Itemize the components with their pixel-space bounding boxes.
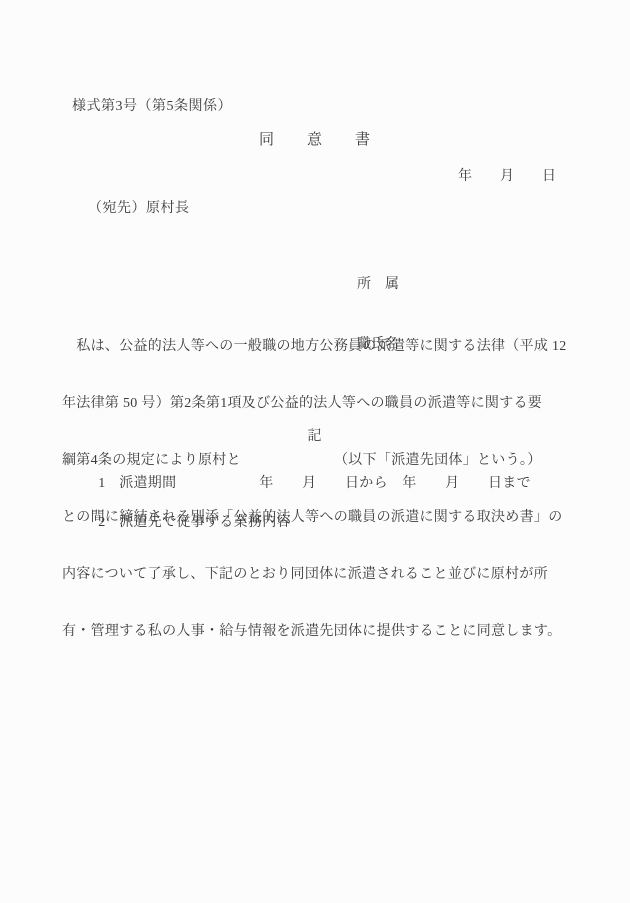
body-line-5: 内容について了承し、下記のとおり同団体に派遣されること並びに原村が所 <box>62 565 574 584</box>
item-label: 派遣期間 <box>119 472 259 492</box>
ki-heading: 記 <box>0 425 630 445</box>
item-number: 1 <box>98 476 119 492</box>
item-number: 2 <box>98 515 119 531</box>
item-label: 派遣先で従事する業務内容 <box>119 511 291 531</box>
form-number-label: 様式第3号（第5条関係） <box>72 95 232 115</box>
body-line-6: 有・管理する私の人事・給与情報を派遣先団体に提供することに同意します。 <box>62 622 574 641</box>
item-value: 年 月 日から 年 月 日まで <box>259 476 531 491</box>
body-line-2: 年法律第 50 号）第2条第1項及び公益的法人等への職員の派遣等に関する要 <box>62 394 574 413</box>
consent-form-page: 様式第3号（第5条関係） 同 意 書 年 月 日 （宛先）原村長 所 属 職氏名… <box>0 0 630 903</box>
item-dispatch-duties: 2派遣先で従事する業務内容 <box>83 495 291 547</box>
affiliation-label: 所 属 <box>357 275 399 295</box>
body-line-1: 私は、公益的法人等への一般職の地方公務員の派遣等に関する法律（平成 12 <box>62 337 574 356</box>
addressee-line: （宛先）原村長 <box>88 197 190 217</box>
date-line: 年 月 日 <box>458 165 556 185</box>
document-title: 同 意 書 <box>0 128 630 149</box>
